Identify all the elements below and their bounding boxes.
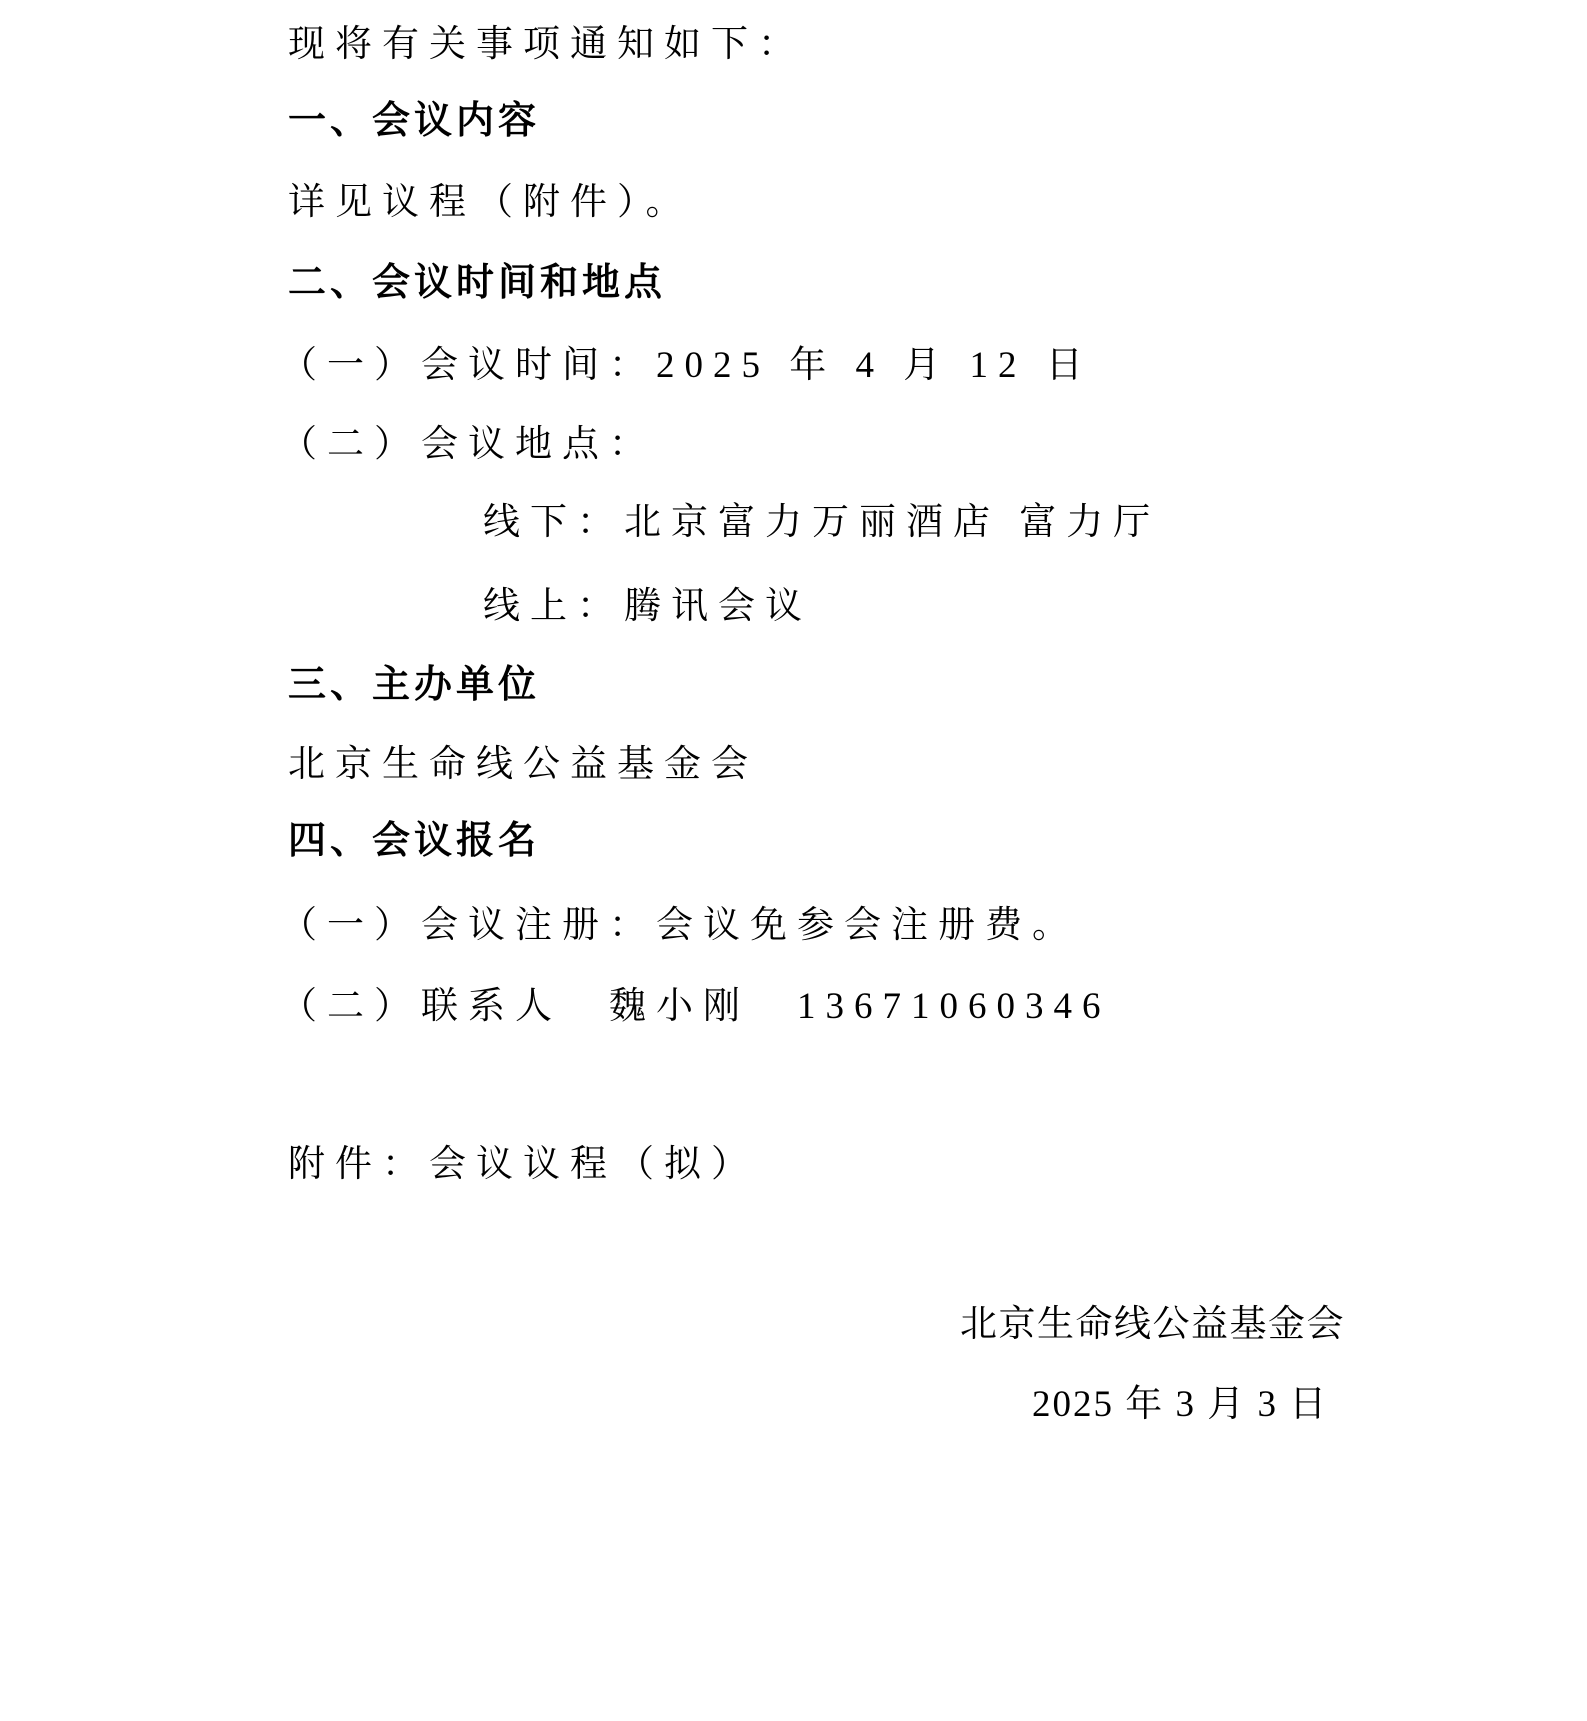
section-1-body: 详见议程（附件）。 <box>288 183 693 223</box>
contact-item: （二）联系人 魏小刚 13671060346 <box>280 987 1111 1027</box>
online-location-line: 线上：腾讯会议 <box>483 587 812 627</box>
document-page: 现将有关事项通知如下： 一、会议内容 详见议程（附件）。 二、会议时间和地点 （… <box>0 0 1587 1721</box>
organizer-name: 北京生命线公益基金会 <box>288 745 758 785</box>
intro-text: 现将有关事项通知如下： <box>288 25 805 65</box>
attachment-line: 附件：会议议程（拟） <box>288 1145 758 1185</box>
registration-item: （一）会议注册：会议免参会注册费。 <box>280 906 1079 946</box>
meeting-time-item: （一）会议时间：2025 年 4 月 12 日 <box>280 346 1093 386</box>
offline-location-line: 线下：北京富力万丽酒店 富力厅 <box>483 503 1160 543</box>
section-3-heading: 三、主办单位 <box>288 665 540 705</box>
signature-date: 2025 年 3 月 3 日 <box>1032 1385 1328 1425</box>
meeting-location-item: （二）会议地点： <box>280 425 656 465</box>
section-4-heading: 四、会议报名 <box>288 821 540 861</box>
signature-organization: 北京生命线公益基金会 <box>960 1305 1345 1345</box>
section-1-heading: 一、会议内容 <box>288 101 540 141</box>
section-2-heading: 二、会议时间和地点 <box>288 263 666 303</box>
